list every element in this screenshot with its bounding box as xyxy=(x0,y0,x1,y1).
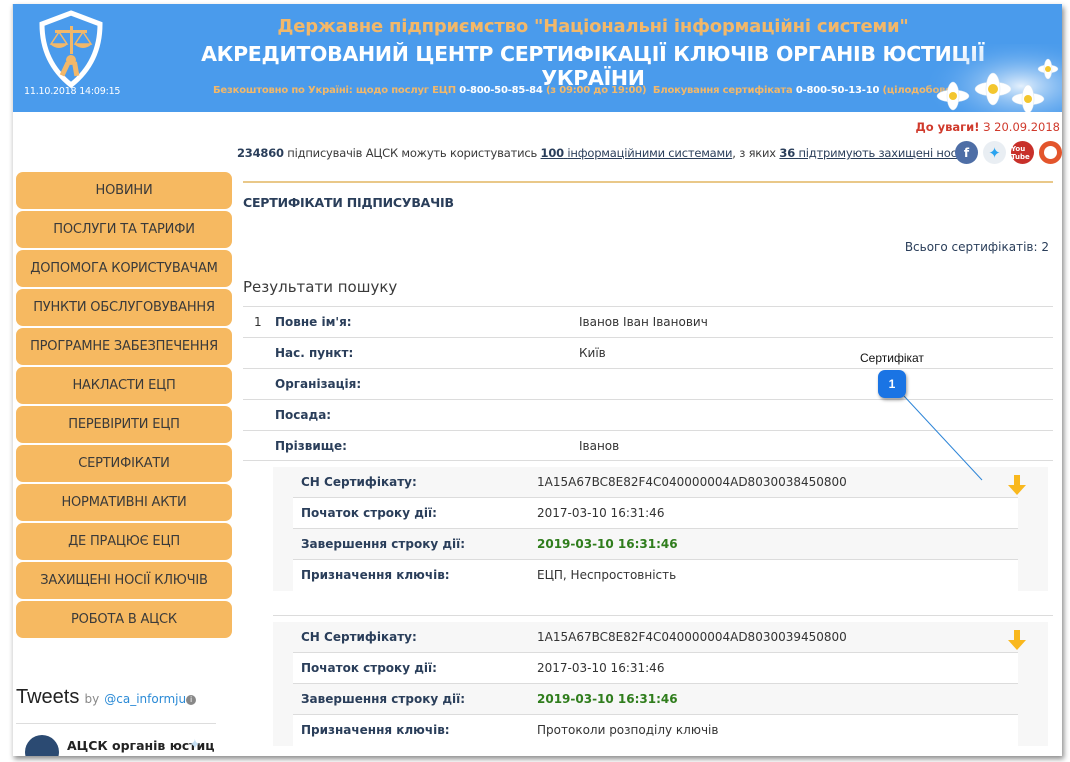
social-links: f ✦ You Tube xyxy=(955,141,1062,164)
page-title: СЕРТИФІКАТИ ПІДПИСУВАЧІВ xyxy=(243,195,454,210)
sidebar-item-regulations[interactable]: НОРМАТИВНІ АКТИ xyxy=(16,484,232,521)
services-phone: 0-800-50-85-84 xyxy=(459,85,542,96)
cert-row-valid-to: Завершення строку дії: 2019-03-10 16:31:… xyxy=(293,529,1018,560)
cert-row-valid-to: Завершення строку дії: 2019-03-10 16:31:… xyxy=(293,684,1018,715)
cert-row-serial: СН Сертифікату: 1A15A67BC8E82F4C04000000… xyxy=(293,622,1018,653)
total-certificates: Всього сертифікатів: 2 xyxy=(905,240,1049,254)
sidebar-item-news[interactable]: НОВИНИ xyxy=(16,172,232,209)
youtube-icon[interactable]: You Tube xyxy=(1011,141,1034,164)
help-lifebuoy-icon[interactable] xyxy=(1039,141,1062,164)
certificate-card: СН Сертифікату: 1A15A67BC8E82F4C04000000… xyxy=(273,467,1048,591)
tweets-by: by xyxy=(84,692,99,706)
stats-text-1: підписувачів АЦСК можуть користуватись xyxy=(287,146,537,160)
divider xyxy=(243,181,1053,183)
site-title: АКРЕДИТОВАНИЙ ЦЕНТР СЕРТИФІКАЦІЇ КЛЮЧІВ … xyxy=(13,42,1013,90)
twitter-icon[interactable]: ✦ xyxy=(983,141,1006,164)
stats-text-2: , з яких xyxy=(732,146,776,160)
block-phone: 0-800-50-13-10 xyxy=(796,85,879,96)
sidebar-item-verify[interactable]: ПЕРЕВІРИТИ ЕЦП xyxy=(16,406,232,443)
sidebar-item-user-help[interactable]: ДОПОМОГА КОРИСТУВАЧАМ xyxy=(16,250,232,287)
sidebar-nav: НОВИНИ ПОСЛУГИ ТА ТАРИФИ ДОПОМОГА КОРИСТ… xyxy=(16,172,232,640)
company-subtitle: Державне підприємство "Національні інфор… xyxy=(13,16,1013,37)
sidebar-item-secure-media[interactable]: ЗАХИЩЕНІ НОСІЇ КЛЮЧІВ xyxy=(16,562,232,599)
person-record: 1 Повне ім'я: Іванов Іван Іванович Нас. … xyxy=(243,306,1053,461)
sidebar-item-careers[interactable]: РОБОТА В АЦСК xyxy=(16,601,232,638)
cert-row-valid-from: Початок строку дії: 2017-03-10 16:31:46 xyxy=(293,498,1018,529)
sidebar-item-services-tariffs[interactable]: ПОСЛУГИ ТА ТАРИФИ xyxy=(16,211,232,248)
download-arrow-icon[interactable] xyxy=(1008,475,1026,495)
sidebar-item-where-works[interactable]: ДЕ ПРАЦЮЄ ЕЦП xyxy=(16,523,232,560)
facebook-icon[interactable]: f xyxy=(955,141,978,164)
cert-row-valid-from: Початок строку дії: 2017-03-10 16:31:46 xyxy=(293,653,1018,684)
callout-badge: 1 xyxy=(878,370,906,398)
result-index: 1 xyxy=(254,315,262,329)
sidebar-item-sign[interactable]: НАКЛАСТИ ЕЦП xyxy=(16,367,232,404)
cert-row-key-usage: Призначення ключів: ЕЦП, Неспростовність xyxy=(293,560,1018,591)
person-row-position: Посада: xyxy=(243,399,1053,430)
results-heading: Результати пошуку xyxy=(243,278,397,296)
person-row-fullname: 1 Повне ім'я: Іванов Іван Іванович xyxy=(243,306,1053,337)
cert-row-key-usage: Призначення ключів: Протоколи розподілу … xyxy=(293,715,1018,746)
signers-count: 234860 xyxy=(237,146,284,160)
systems-link[interactable]: 100 інформаційними системами xyxy=(541,146,733,160)
tweets-widget-header: Tweets by @ca_informjui xyxy=(16,686,216,709)
cert-row-serial: СН Сертифікату: 1A15A67BC8E82F4C04000000… xyxy=(293,467,1018,498)
divider xyxy=(273,615,1053,616)
download-arrow-icon[interactable] xyxy=(1008,630,1026,650)
daisies-decoration-icon xyxy=(923,44,1062,112)
tweet-author-avatar[interactable] xyxy=(25,735,59,756)
person-row-surname: Прізвище: Іванов xyxy=(243,430,1053,461)
tweets-title: Tweets xyxy=(16,686,79,708)
callout-label: Сертифікат xyxy=(860,351,924,365)
stats-line: 234860 підписувачів АЦСК можуть користув… xyxy=(237,146,963,160)
site-header: 11.10.2018 14:09:15 Державне підприємств… xyxy=(13,4,1062,112)
services-hours: (з 09:00 до 19:00) xyxy=(546,85,646,96)
block-label: Блокування сертифіката xyxy=(653,85,793,96)
person-row-organization: Організація: xyxy=(243,368,1053,399)
hotline-info: Безкоштовно по Україні: щодо послуг ЕЦП … xyxy=(213,85,956,96)
attention-notice[interactable]: До уваги! З 20.09.2018 xyxy=(915,120,1060,134)
attention-text: З 20.09.2018 xyxy=(983,120,1060,134)
attention-label: До уваги! xyxy=(915,120,979,134)
sidebar-item-service-points[interactable]: ПУНКТИ ОБСЛУГОВУВАННЯ xyxy=(16,289,232,326)
twitter-bird-icon: ✦ xyxy=(189,737,201,753)
protected-media-link[interactable]: 36 підтримують захищені носії xyxy=(779,146,962,160)
certificate-card: СН Сертифікату: 1A15A67BC8E82F4C04000000… xyxy=(273,622,1048,746)
free-call-label: Безкоштовно по Україні: щодо послуг ЕЦП xyxy=(213,85,456,96)
info-icon[interactable]: i xyxy=(186,695,196,705)
sidebar-item-certificates[interactable]: СЕРТИФІКАТИ xyxy=(16,445,232,482)
person-row-city: Нас. пункт: Київ xyxy=(243,337,1053,368)
tweets-handle-link[interactable]: @ca_informju xyxy=(104,692,186,706)
tweets-divider xyxy=(16,723,216,724)
sidebar-item-software[interactable]: ПРОГРАМНЕ ЗАБЕЗПЕЧЕННЯ xyxy=(16,328,232,365)
